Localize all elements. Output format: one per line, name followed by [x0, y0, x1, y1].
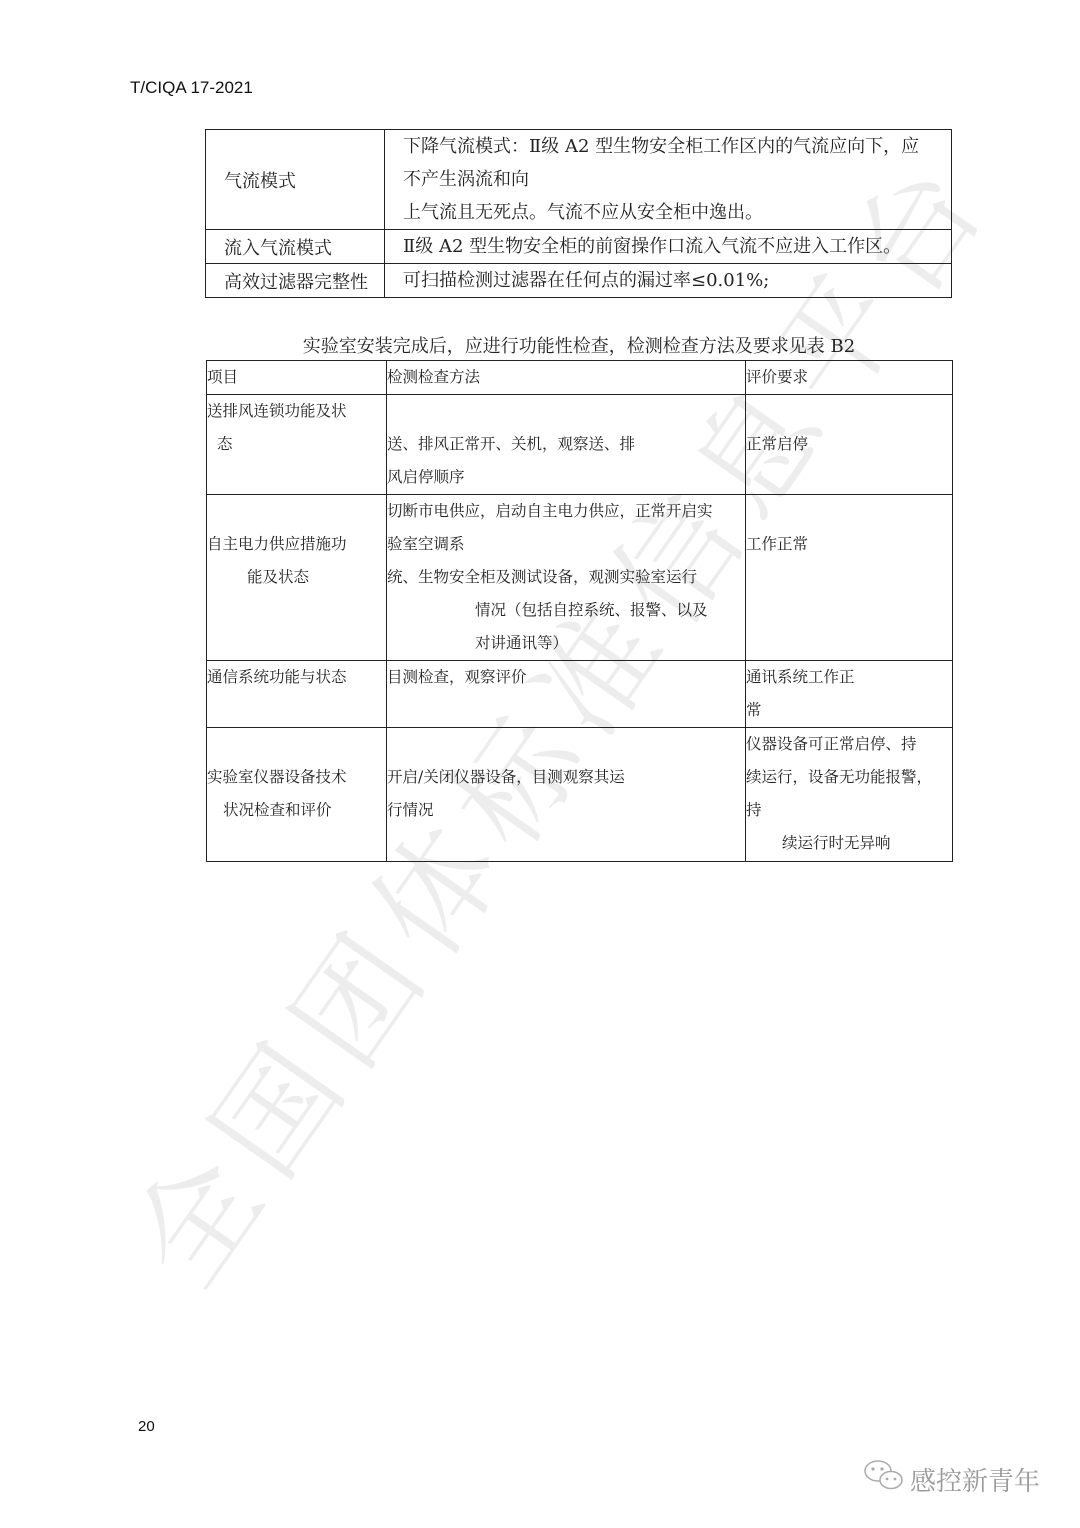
column-header: 项目: [207, 361, 387, 395]
wechat-watermark: 感控新青年: [862, 1458, 1040, 1501]
table-header-row: 项目 检测检查方法 评价要求: [207, 361, 953, 395]
table-cell-method: 切断市电供应，启动自主电力供应，正常开启实 验室空调系 统、生物安全柜及测试设备…: [387, 495, 746, 661]
watermark-char: 全: [85, 1118, 295, 1315]
table-cell-item: 流入气流模式: [206, 230, 385, 264]
table-row: 实验室仪器设备技术 状况检查和评价 开启/关闭仪器设备，目测观察其运 行情况 仪…: [207, 728, 953, 862]
table-row: 流入气流模式 Ⅱ级 A2 型生物安全柜的前窗操作口流入气流不应进入工作区。: [206, 230, 952, 264]
functional-check-table: 项目 检测检查方法 评价要求 送排风连锁功能及状 态 送、排风正常开、关机，观察…: [206, 360, 953, 862]
table-cell-requirement: 正常启停: [746, 395, 953, 495]
table-cell-item: 送排风连锁功能及状 态: [207, 395, 387, 495]
watermark-char: 国: [165, 1008, 375, 1205]
table-cell-requirement: 工作正常: [746, 495, 953, 661]
biosafety-cabinet-table: 气流模式 下降气流模式：Ⅱ级 A2 型生物安全柜工作区内的气流应向下，应 不产生…: [205, 129, 952, 298]
table-cell-description: Ⅱ级 A2 型生物安全柜的前窗操作口流入气流不应进入工作区。: [385, 230, 952, 264]
column-header: 评价要求: [746, 361, 953, 395]
table-row: 自主电力供应措施功 能及状态 切断市电供应，启动自主电力供应，正常开启实 验室空…: [207, 495, 953, 661]
wechat-icon: [862, 1458, 906, 1501]
table-cell-requirement: 仪器设备可正常启停、持 续运行，设备无功能报警， 持 续运行时无异响: [746, 728, 953, 862]
table-row: 通信系统功能与状态 目测检查，观察评价 通讯系统工作正 常: [207, 661, 953, 728]
column-header: 检测检查方法: [387, 361, 746, 395]
table-cell-item: 高效过滤器完整性: [206, 264, 385, 298]
table-row: 气流模式 下降气流模式：Ⅱ级 A2 型生物安全柜工作区内的气流应向下，应 不产生…: [206, 130, 952, 230]
wechat-account-name: 感控新青年: [910, 1461, 1040, 1498]
table-cell-item: 通信系统功能与状态: [207, 661, 387, 728]
table-row: 送排风连锁功能及状 态 送、排风正常开、关机，观察送、排 风启停顺序 正常启停: [207, 395, 953, 495]
table-cell-description: 下降气流模式：Ⅱ级 A2 型生物安全柜工作区内的气流应向下，应 不产生涡流和向 …: [385, 130, 952, 230]
table-cell-method: 目测检查，观察评价: [387, 661, 746, 728]
table-cell-item: 气流模式: [206, 130, 385, 230]
standard-code: T/CIQA 17-2021: [130, 78, 253, 98]
table-row: 高效过滤器完整性 可扫描检测过滤器在任何点的漏过率≤0.01%;: [206, 264, 952, 298]
page-number: 20: [138, 1418, 155, 1435]
table-caption: 实验室安装完成后，应进行功能性检查，检测检查方法及要求见表 B2: [206, 332, 952, 358]
table-cell-method: 送、排风正常开、关机，观察送、排 风启停顺序: [387, 395, 746, 495]
table-cell-item: 自主电力供应措施功 能及状态: [207, 495, 387, 661]
watermark-char: 团: [245, 898, 455, 1095]
table-cell-method: 开启/关闭仪器设备，目测观察其运 行情况: [387, 728, 746, 862]
table-cell-description: 可扫描检测过滤器在任何点的漏过率≤0.01%;: [385, 264, 952, 298]
table-cell-requirement: 通讯系统工作正 常: [746, 661, 953, 728]
table-cell-item: 实验室仪器设备技术 状况检查和评价: [207, 728, 387, 862]
